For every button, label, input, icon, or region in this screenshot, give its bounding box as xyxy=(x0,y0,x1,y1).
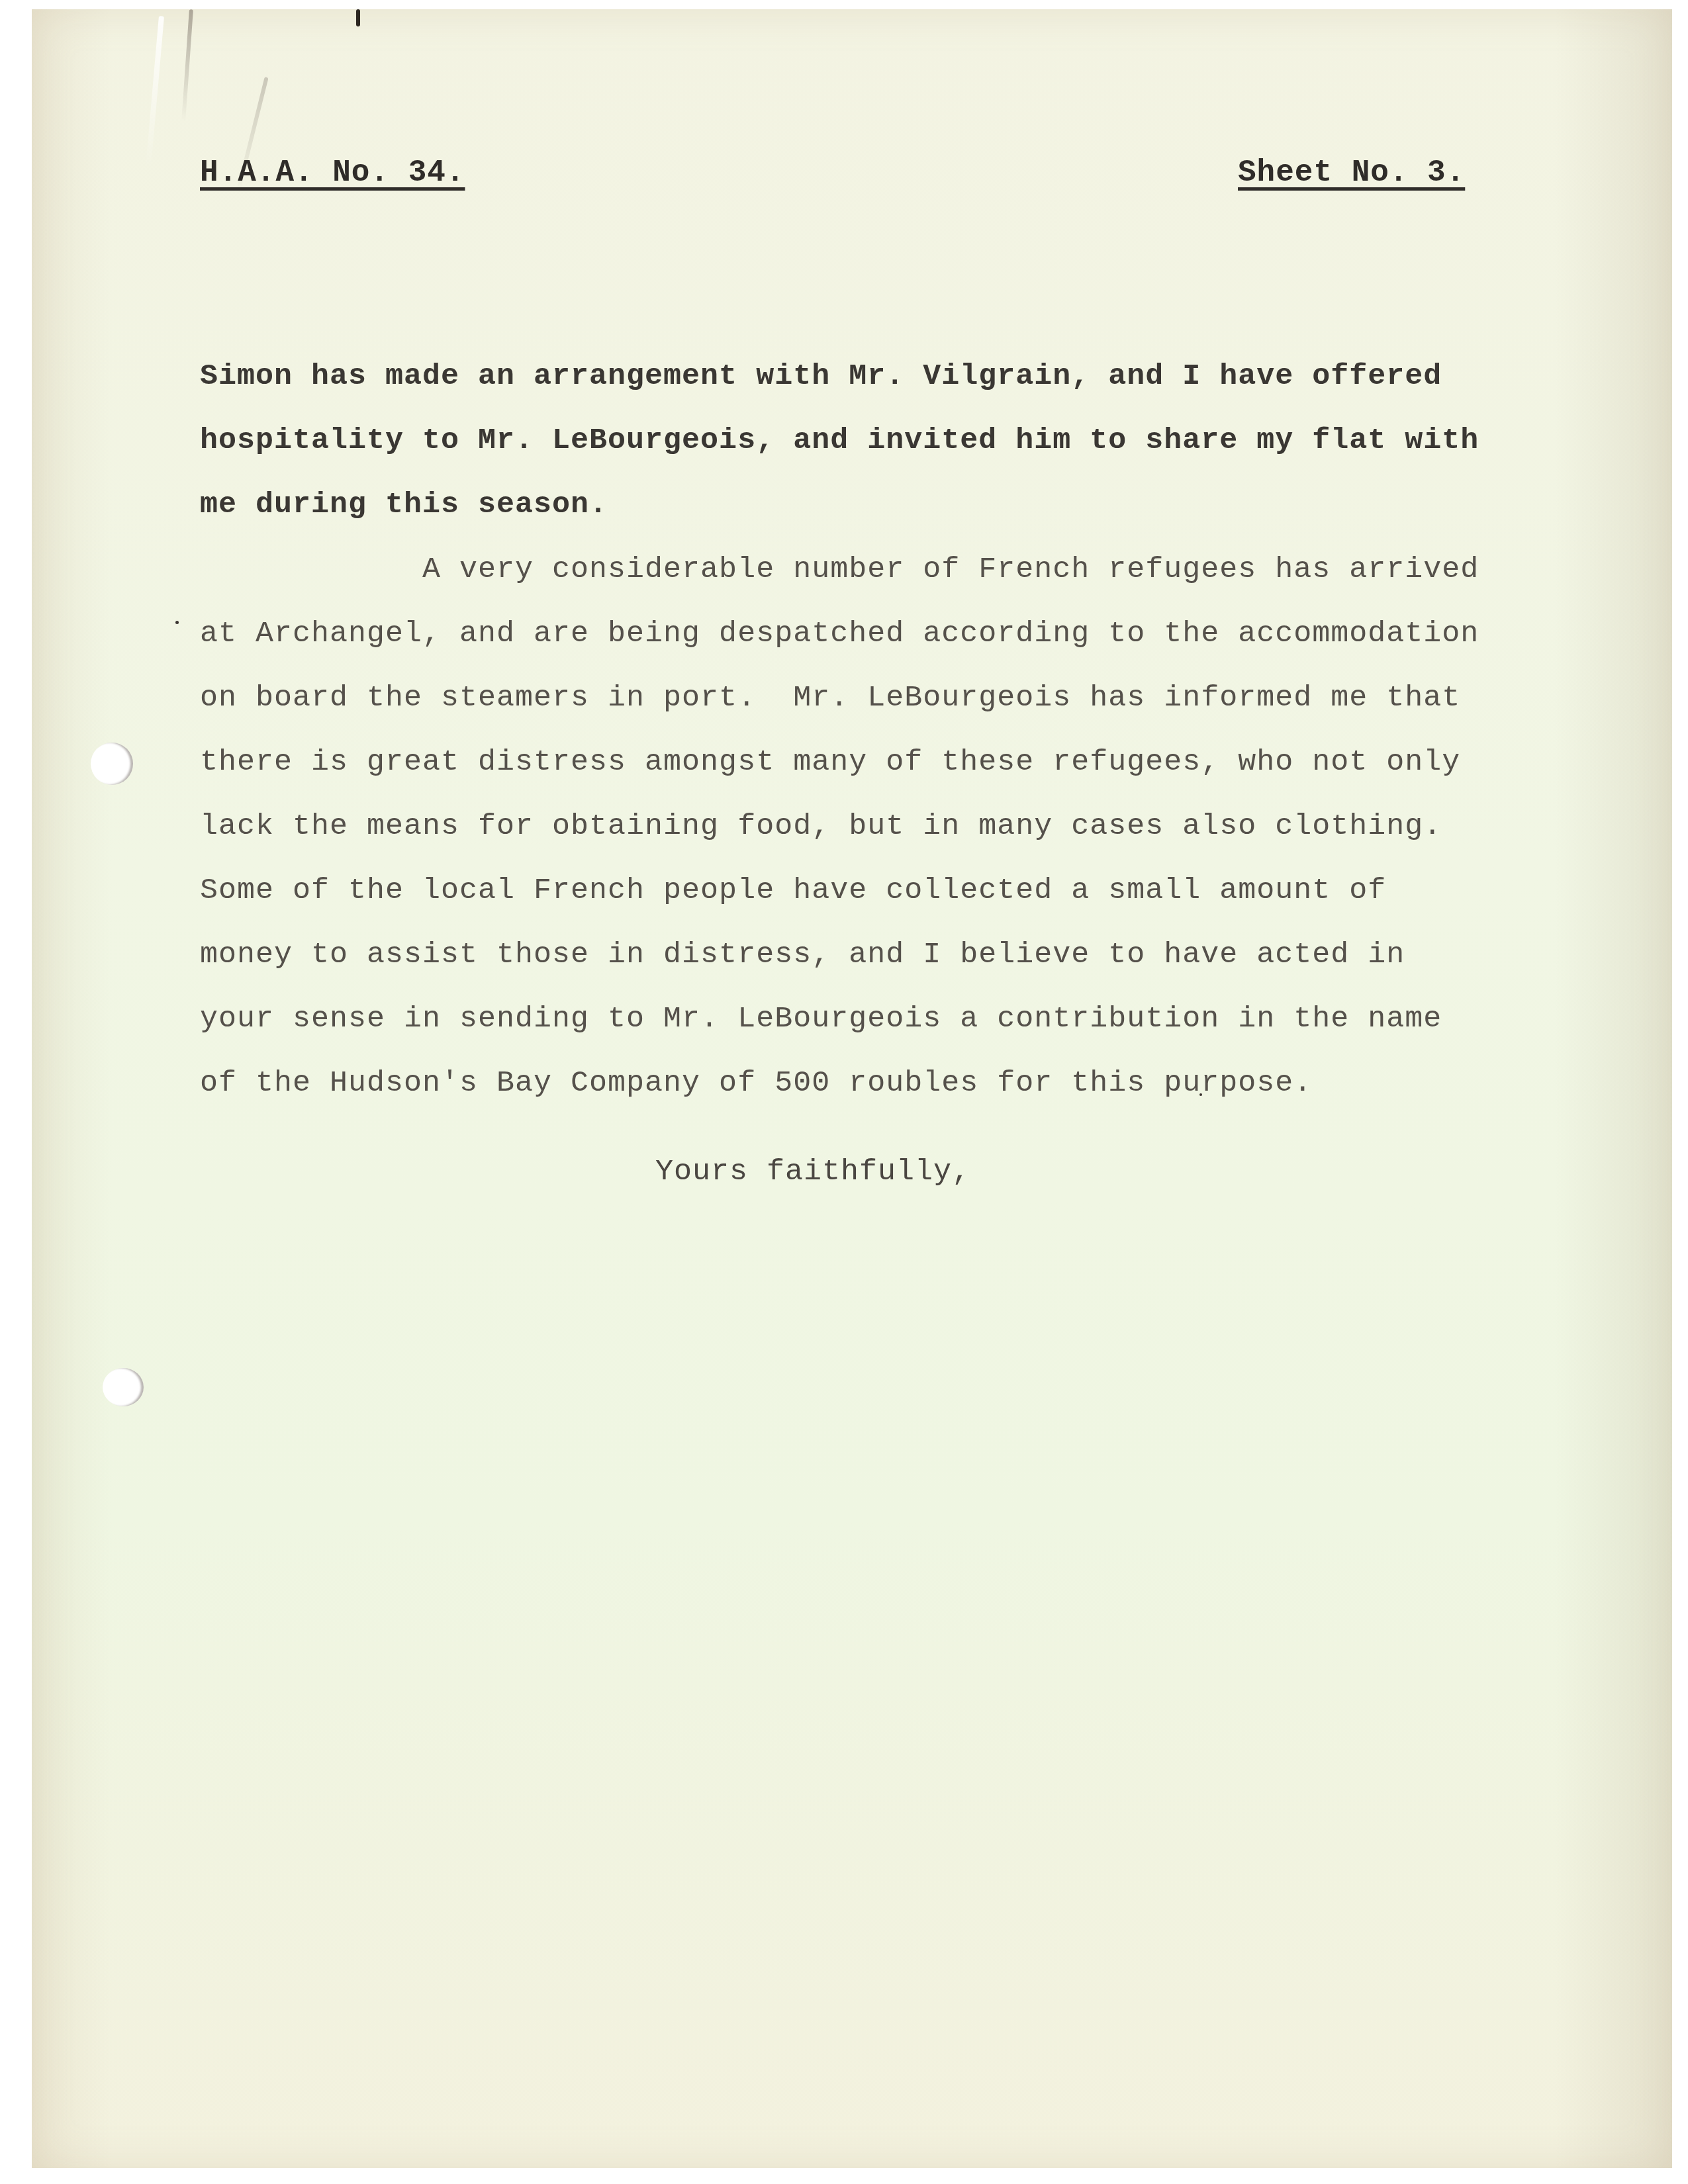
punch-hole-icon xyxy=(103,1368,144,1406)
text-line: there is great distress amongst many of … xyxy=(200,730,1460,794)
text-line: money to assist those in distress, and I… xyxy=(200,923,1405,987)
text-line: hospitality to Mr. LeBourgeois, and invi… xyxy=(200,408,1479,473)
ink-speck xyxy=(175,621,179,624)
text-line: Simon has made an arrangement with Mr. V… xyxy=(200,344,1442,408)
document-reference: H.A.A. No. 34. xyxy=(200,156,465,190)
staple-mark-icon xyxy=(356,9,360,26)
paper-fold-highlight xyxy=(146,16,164,168)
text-line: A very considerable number of French ref… xyxy=(200,537,1479,602)
text-line: on board the steamers in port. Mr. LeBou… xyxy=(200,666,1460,730)
text-line: Some of the local French people have col… xyxy=(200,858,1386,923)
punch-hole-icon xyxy=(91,743,133,785)
text-line: of the Hudson's Bay Company of 500 roubl… xyxy=(200,1051,1312,1115)
text-line: your sense in sending to Mr. LeBourgeois… xyxy=(200,987,1442,1051)
sheet-number: Sheet No. 3. xyxy=(1238,156,1465,190)
closing-salutation: Yours faithfully, xyxy=(655,1155,970,1189)
text-line: at Archangel, and are being despatched a… xyxy=(200,602,1479,666)
paper-crease xyxy=(181,9,193,122)
text-line: me during this season. xyxy=(200,473,608,537)
text-line: lack the means for obtaining food, but i… xyxy=(200,794,1442,858)
